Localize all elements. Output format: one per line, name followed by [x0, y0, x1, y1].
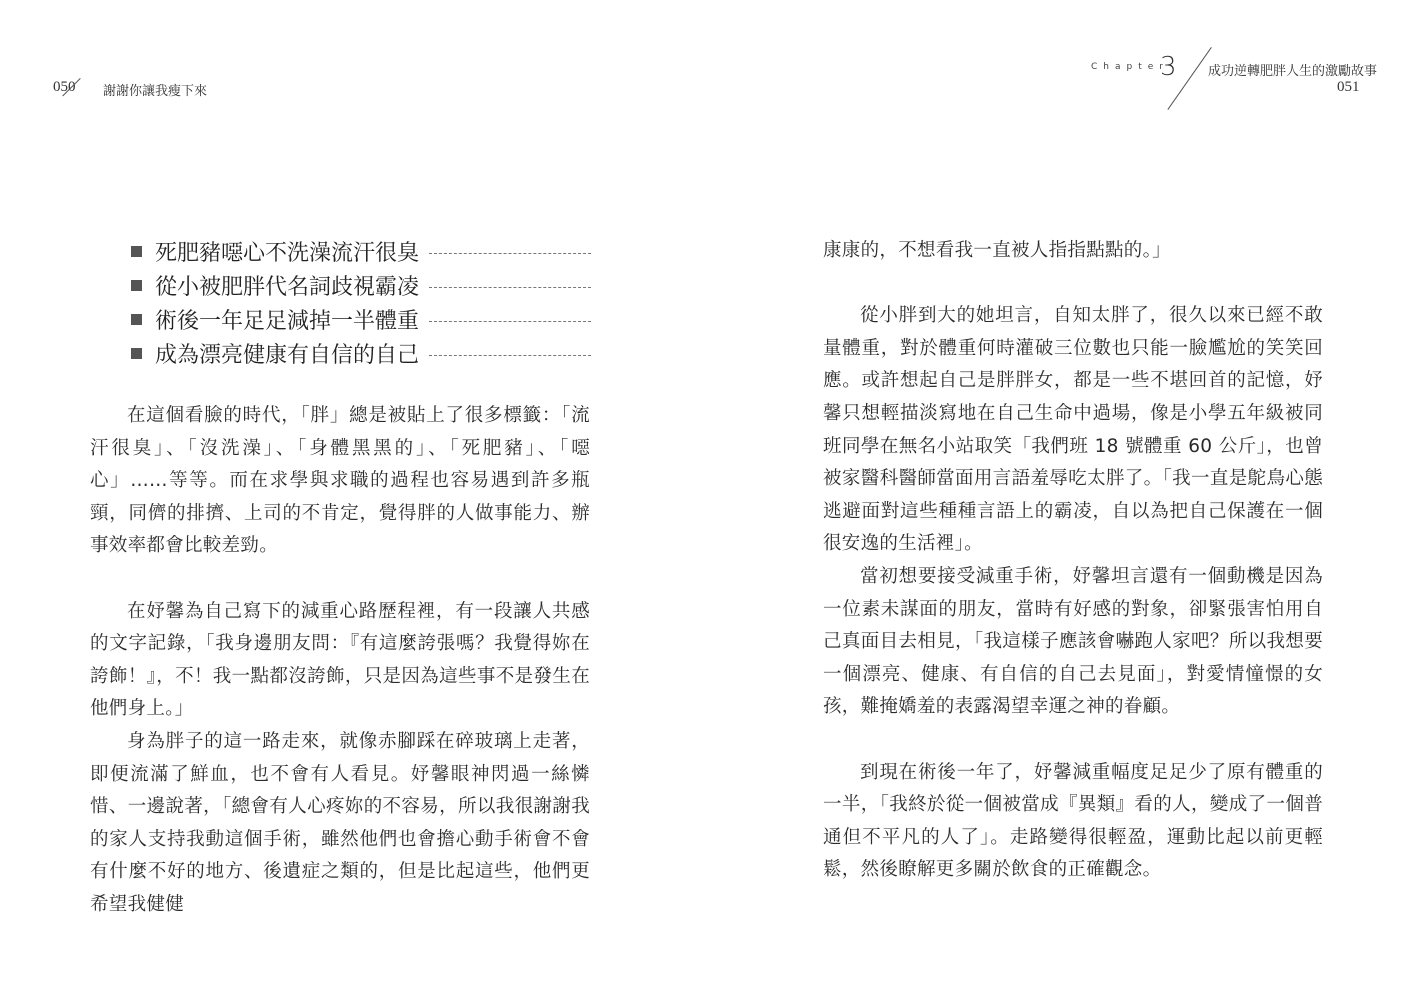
body-text: 在這個看臉的時代，「胖」總是被貼上了很多標籤：「流汗很臭」、「沒洗澡」、「身體黑… [90, 400, 590, 922]
paragraph: 從小胖到大的她坦言，自知太胖了，很久以來已經不敢量體重，對於體重何時灌破三位數也… [823, 300, 1323, 561]
bullet-text: 從小被肥胖代名詞歧視霸凌 [155, 270, 419, 301]
bullet-text: 死肥豬噁心不洗澡流汗很臭 [155, 236, 419, 267]
chapter-label: Chapter [1091, 62, 1169, 72]
square-bullet-icon [131, 314, 142, 325]
paragraph: 到現在術後一年了，妤馨減重幅度足足少了原有體重的一半，「我終於從一個被當成『異類… [823, 757, 1323, 887]
bullet-item: 術後一年足足減掉一半體重 [131, 302, 591, 336]
chapter-number: 3 [1160, 52, 1177, 82]
dashed-leader [429, 253, 591, 254]
page-number: 051 [1337, 79, 1360, 96]
paragraph: 當初想要接受減重手術，妤馨坦言還有一個動機是因為一位素未謀面的朋友，當時有好感的… [823, 561, 1323, 724]
bullet-item: 成為漂亮健康有自信的自己 [131, 336, 591, 370]
dashed-leader [429, 355, 591, 356]
bullet-text: 成為漂亮健康有自信的自己 [155, 338, 419, 369]
paragraph: 康康的，不想看我一直被人指指點點的。」 [823, 235, 1323, 268]
running-title: 成功逆轉肥胖人生的激勵故事 [1208, 60, 1377, 79]
bullet-item: 從小被肥胖代名詞歧視霸凌 [131, 268, 591, 302]
right-page: Chapter 3 成功逆轉肥胖人生的激勵故事 051 康康的，不想看我一直被人… [705, 0, 1410, 1000]
dashed-leader [429, 287, 591, 288]
paragraph: 身為胖子的這一路走來，就像赤腳踩在碎玻璃上走著，即便流滿了鮮血，也不會有人看見。… [90, 726, 590, 922]
dashed-leader [429, 321, 591, 322]
paragraph: 在妤馨為自己寫下的減重心路歷程裡，有一段讓人共感的文字記錄，「我身邊朋友問：『有… [90, 596, 590, 726]
left-page: 050 謝謝你讓我瘦下來 死肥豬噁心不洗澡流汗很臭 從小被肥胖代名詞歧視霸凌 術… [0, 0, 705, 1000]
running-title: 謝謝你讓我瘦下來 [103, 80, 207, 99]
bullet-list: 死肥豬噁心不洗澡流汗很臭 從小被肥胖代名詞歧視霸凌 術後一年足足減掉一半體重 成… [131, 234, 591, 370]
square-bullet-icon [131, 280, 142, 291]
square-bullet-icon [131, 246, 142, 257]
paragraph: 在這個看臉的時代，「胖」總是被貼上了很多標籤：「流汗很臭」、「沒洗澡」、「身體黑… [90, 400, 590, 563]
square-bullet-icon [131, 348, 142, 359]
bullet-text: 術後一年足足減掉一半體重 [155, 304, 419, 335]
body-text: 康康的，不想看我一直被人指指點點的。」 從小胖到大的她坦言，自知太胖了，很久以來… [823, 235, 1323, 887]
bullet-item: 死肥豬噁心不洗澡流汗很臭 [131, 234, 591, 268]
